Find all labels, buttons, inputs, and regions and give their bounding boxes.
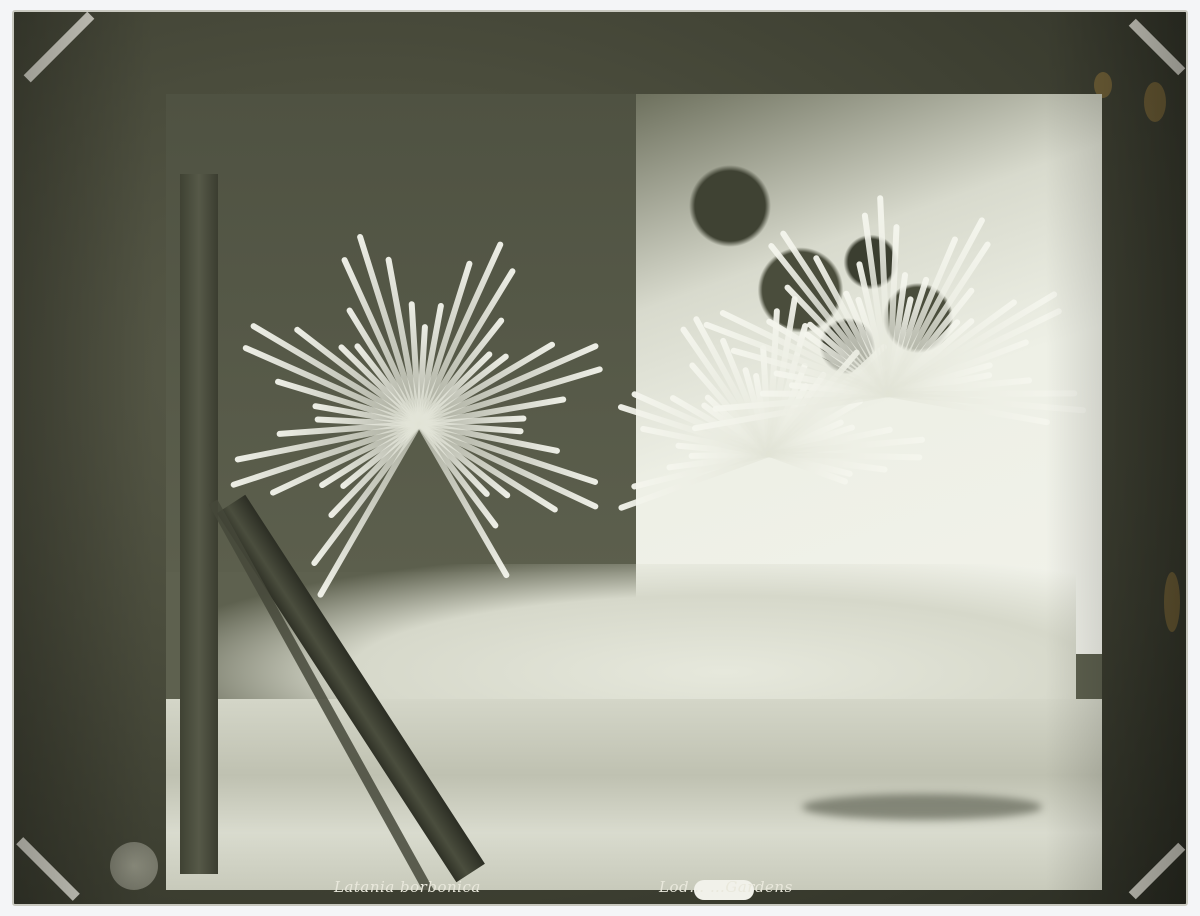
photo-print [166,94,1102,890]
stain [1164,572,1180,632]
corner-tape-bottom-left [16,837,80,901]
wooden-post [180,174,218,874]
plate-disc-mark [110,842,158,890]
caption-location: Lod… …Gardens [659,878,793,896]
caption-species: Latania borbonica [334,878,481,896]
stain [1144,82,1166,122]
glass-plate: Latania borbonica Lod… …Gardens [12,10,1188,906]
corner-tape-top-right [1129,19,1186,76]
corner-tape-bottom-right [1129,843,1186,900]
corner-tape-top-left [24,12,95,83]
ground-shadow [802,794,1042,820]
